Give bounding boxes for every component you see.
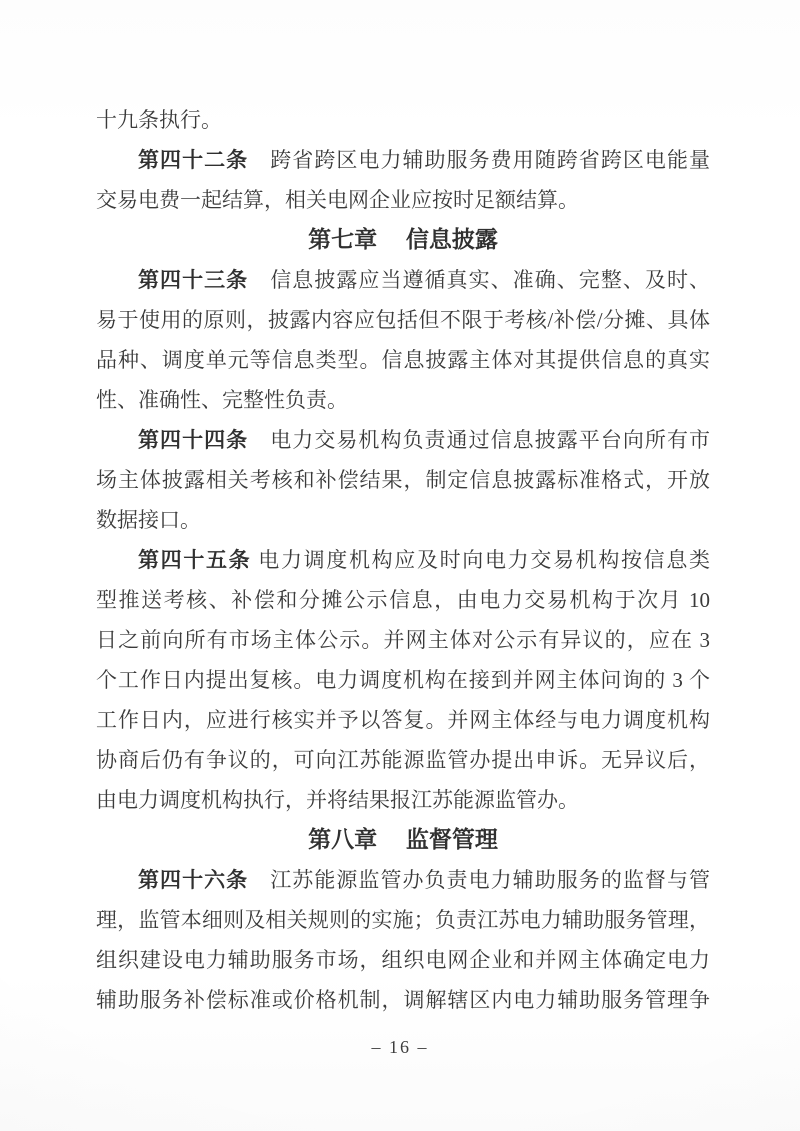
text-line: 易于使用的原则，披露内容应包括但不限于考核/补偿/分摊、具体: [96, 300, 710, 340]
text-line: 组织建设电力辅助服务市场，组织电网企业和并网主体确定电力: [96, 940, 710, 980]
text-run: 场主体披露相关考核和补偿结果，制定信息披露标准格式，开放: [96, 468, 710, 492]
text-line: 第四十三条 信息披露应当遵循真实、准确、完整、及时、: [96, 260, 710, 300]
text-run: 跨省跨区电力辅助服务费用随跨省跨区电能量: [248, 148, 710, 172]
text-line: 第四十六条 江苏能源监管办负责电力辅助服务的监督与管: [96, 860, 710, 900]
text-line: 协商后仍有争议的，可向江苏能源监管办提出申诉。无异议后，: [96, 740, 710, 780]
text-run: 性、准确性、完整性负责。: [96, 388, 348, 412]
text-line: 型推送考核、补偿和分摊公示信息，由电力交易机构于次月 10: [96, 580, 710, 620]
text-line: 十九条执行。: [96, 100, 710, 140]
text-run: 信息披露应当遵循真实、准确、完整、及时、: [248, 268, 710, 292]
chapter-heading-text: 第七章 信息披露: [308, 227, 498, 252]
text-line: 性、准确性、完整性负责。: [96, 380, 710, 420]
chapter-heading: 第八章 监督管理: [96, 820, 710, 860]
text-line: 场主体披露相关考核和补偿结果，制定信息披露标准格式，开放: [96, 460, 710, 500]
chapter-heading-text: 第八章 监督管理: [308, 827, 498, 852]
text-run: 型推送考核、补偿和分摊公示信息，由电力交易机构于次月 10: [96, 588, 710, 612]
text-line: 工作日内，应进行核实并予以答复。并网主体经与电力调度机构: [96, 700, 710, 740]
page-footer: – 16 –: [0, 1032, 800, 1062]
text-run: 协商后仍有争议的，可向江苏能源监管办提出申诉。无异议后，: [96, 748, 710, 772]
text-run: 电力调度机构应及时向电力交易机构按信息类: [251, 548, 710, 572]
text-run: 数据接口。: [96, 508, 201, 532]
article-number: 第四十五条: [138, 548, 251, 572]
text-run: 十九条执行。: [96, 108, 222, 132]
text-line: 由电力调度机构执行，并将结果报江苏能源监管办。: [96, 780, 710, 820]
text-line: 交易电费一起结算，相关电网企业应按时足额结算。: [96, 180, 710, 220]
text-run: 日之前向所有市场主体公示。并网主体对公示有异议的，应在 3: [96, 628, 710, 652]
document-body: 十九条执行。第四十二条 跨省跨区电力辅助服务费用随跨省跨区电能量交易电费一起结算…: [96, 100, 710, 1020]
document-page: 十九条执行。第四十二条 跨省跨区电力辅助服务费用随跨省跨区电能量交易电费一起结算…: [0, 0, 800, 1131]
text-line: 第四十四条 电力交易机构负责通过信息披露平台向所有市: [96, 420, 710, 460]
text-run: 易于使用的原则，披露内容应包括但不限于考核/补偿/分摊、具体: [96, 308, 710, 332]
text-run: 个工作日内提出复核。电力调度机构在接到并网主体问询的 3 个: [96, 668, 710, 692]
text-line: 第四十二条 跨省跨区电力辅助服务费用随跨省跨区电能量: [96, 140, 710, 180]
text-run: 理，监管本细则及相关规则的实施；负责江苏电力辅助服务管理，: [96, 908, 710, 932]
text-line: 品种、调度单元等信息类型。信息披露主体对其提供信息的真实: [96, 340, 710, 380]
text-run: 品种、调度单元等信息类型。信息披露主体对其提供信息的真实: [96, 348, 710, 372]
page-number: – 16 –: [372, 1037, 429, 1057]
text-line: 理，监管本细则及相关规则的实施；负责江苏电力辅助服务管理，: [96, 900, 710, 940]
text-line: 辅助服务补偿标准或价格机制，调解辖区内电力辅助服务管理争: [96, 980, 710, 1020]
text-run: 电力交易机构负责通过信息披露平台向所有市: [248, 428, 710, 452]
text-run: 组织建设电力辅助服务市场，组织电网企业和并网主体确定电力: [96, 948, 710, 972]
article-number: 第四十二条: [138, 148, 248, 172]
text-run: 工作日内，应进行核实并予以答复。并网主体经与电力调度机构: [96, 708, 710, 732]
article-number: 第四十四条: [138, 428, 248, 452]
text-run: 辅助服务补偿标准或价格机制，调解辖区内电力辅助服务管理争: [96, 988, 710, 1012]
article-number: 第四十三条: [138, 268, 248, 292]
text-line: 第四十五条 电力调度机构应及时向电力交易机构按信息类: [96, 540, 710, 580]
text-line: 数据接口。: [96, 500, 710, 540]
text-run: 江苏能源监管办负责电力辅助服务的监督与管: [248, 868, 710, 892]
text-run: 由电力调度机构执行，并将结果报江苏能源监管办。: [96, 788, 579, 812]
text-line: 日之前向所有市场主体公示。并网主体对公示有异议的，应在 3: [96, 620, 710, 660]
chapter-heading: 第七章 信息披露: [96, 220, 710, 260]
article-number: 第四十六条: [138, 868, 248, 892]
text-run: 交易电费一起结算，相关电网企业应按时足额结算。: [96, 188, 579, 212]
text-line: 个工作日内提出复核。电力调度机构在接到并网主体问询的 3 个: [96, 660, 710, 700]
